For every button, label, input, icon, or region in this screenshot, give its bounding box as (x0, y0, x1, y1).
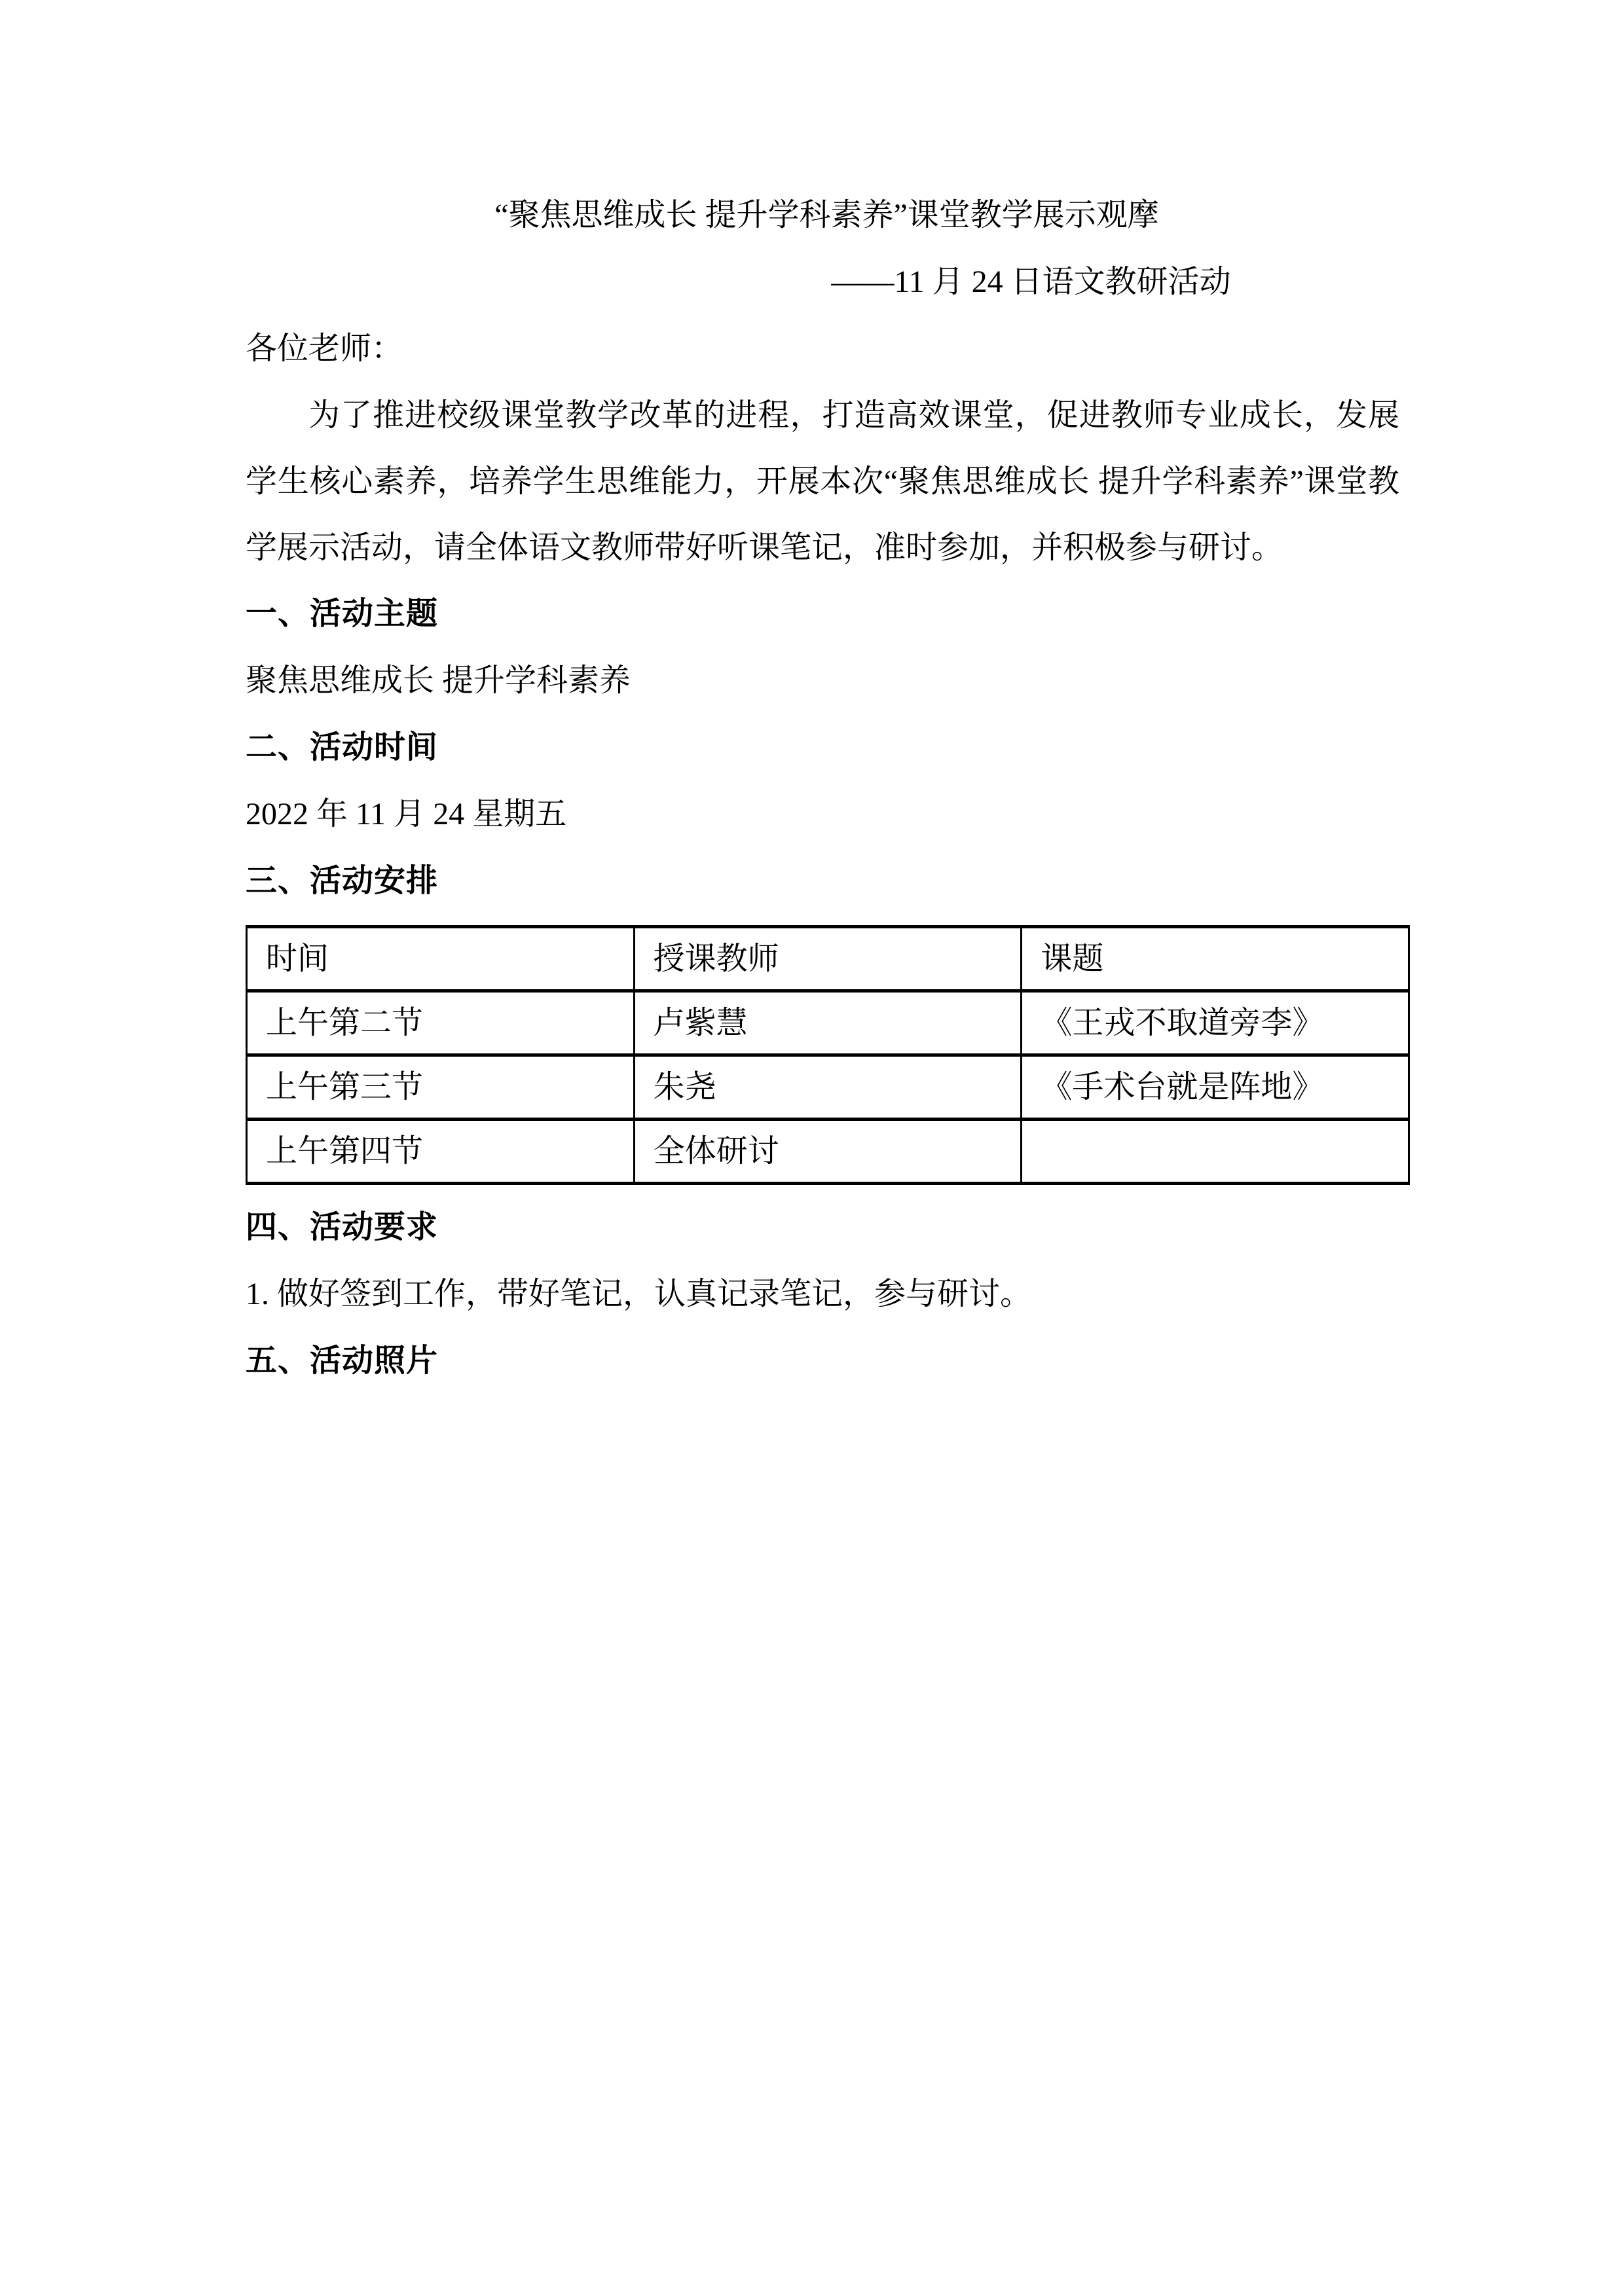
table-cell-time: 上午第二节 (247, 991, 635, 1055)
table-header-time: 时间 (247, 927, 635, 991)
section-heading-3-schedule: 三、活动安排 (246, 848, 1408, 915)
intro-paragraph: 为了推进校级课堂教学改革的进程，打造高效课堂，促进教师专业成长，发展学生核心素养… (246, 382, 1399, 581)
table-cell-teacher: 全体研讨 (634, 1120, 1022, 1184)
section-heading-1-theme: 一、活动主题 (246, 581, 1408, 647)
table-cell-time: 上午第四节 (247, 1120, 635, 1184)
schedule-table: 时间 授课教师 课题 上午第二节 卢紫慧 《王戎不取道旁李》 上午第三节 朱尧 … (246, 925, 1410, 1185)
table-row: 上午第二节 卢紫慧 《王戎不取道旁李》 (247, 991, 1409, 1055)
table-cell-teacher: 卢紫慧 (634, 991, 1022, 1055)
section-heading-2-time: 二、活动时间 (246, 714, 1408, 781)
table-cell-topic: 《手术台就是阵地》 (1022, 1055, 1409, 1120)
document-content: “聚焦思维成长 提升学科素养”课堂教学展示观摩 ——11 月 24 日语文教研活… (0, 0, 1624, 1394)
section-content-2-time: 2022 年 11 月 24 星期五 (246, 781, 1408, 848)
table-row: 上午第三节 朱尧 《手术台就是阵地》 (247, 1055, 1409, 1120)
section-content-4-requirements: 1. 做好签到工作，带好笔记，认真记录笔记，参与研讨。 (246, 1261, 1408, 1328)
table-cell-teacher: 朱尧 (634, 1055, 1022, 1120)
section-content-1-theme: 聚焦思维成长 提升学科素养 (246, 647, 1408, 714)
table-cell-time: 上午第三节 (247, 1055, 635, 1120)
section-heading-5-photos: 五、活动照片 (246, 1328, 1408, 1394)
table-header-row: 时间 授课教师 课题 (247, 927, 1409, 991)
greeting-line: 各位老师： (246, 316, 1408, 382)
table-cell-topic (1022, 1120, 1409, 1184)
table-header-teacher: 授课教师 (634, 927, 1022, 991)
table-row: 上午第四节 全体研讨 (247, 1120, 1409, 1184)
document-subtitle: ——11 月 24 日语文教研活动 (450, 249, 1612, 316)
document-title: “聚焦思维成长 提升学科素养”课堂教学展示观摩 (246, 182, 1408, 249)
document-page: { "document": { "title": "“聚焦思维成长 提升学科素养… (0, 0, 1624, 2296)
table-header-topic: 课题 (1022, 927, 1409, 991)
section-heading-4-requirements: 四、活动要求 (246, 1194, 1408, 1261)
table-cell-topic: 《王戎不取道旁李》 (1022, 991, 1409, 1055)
